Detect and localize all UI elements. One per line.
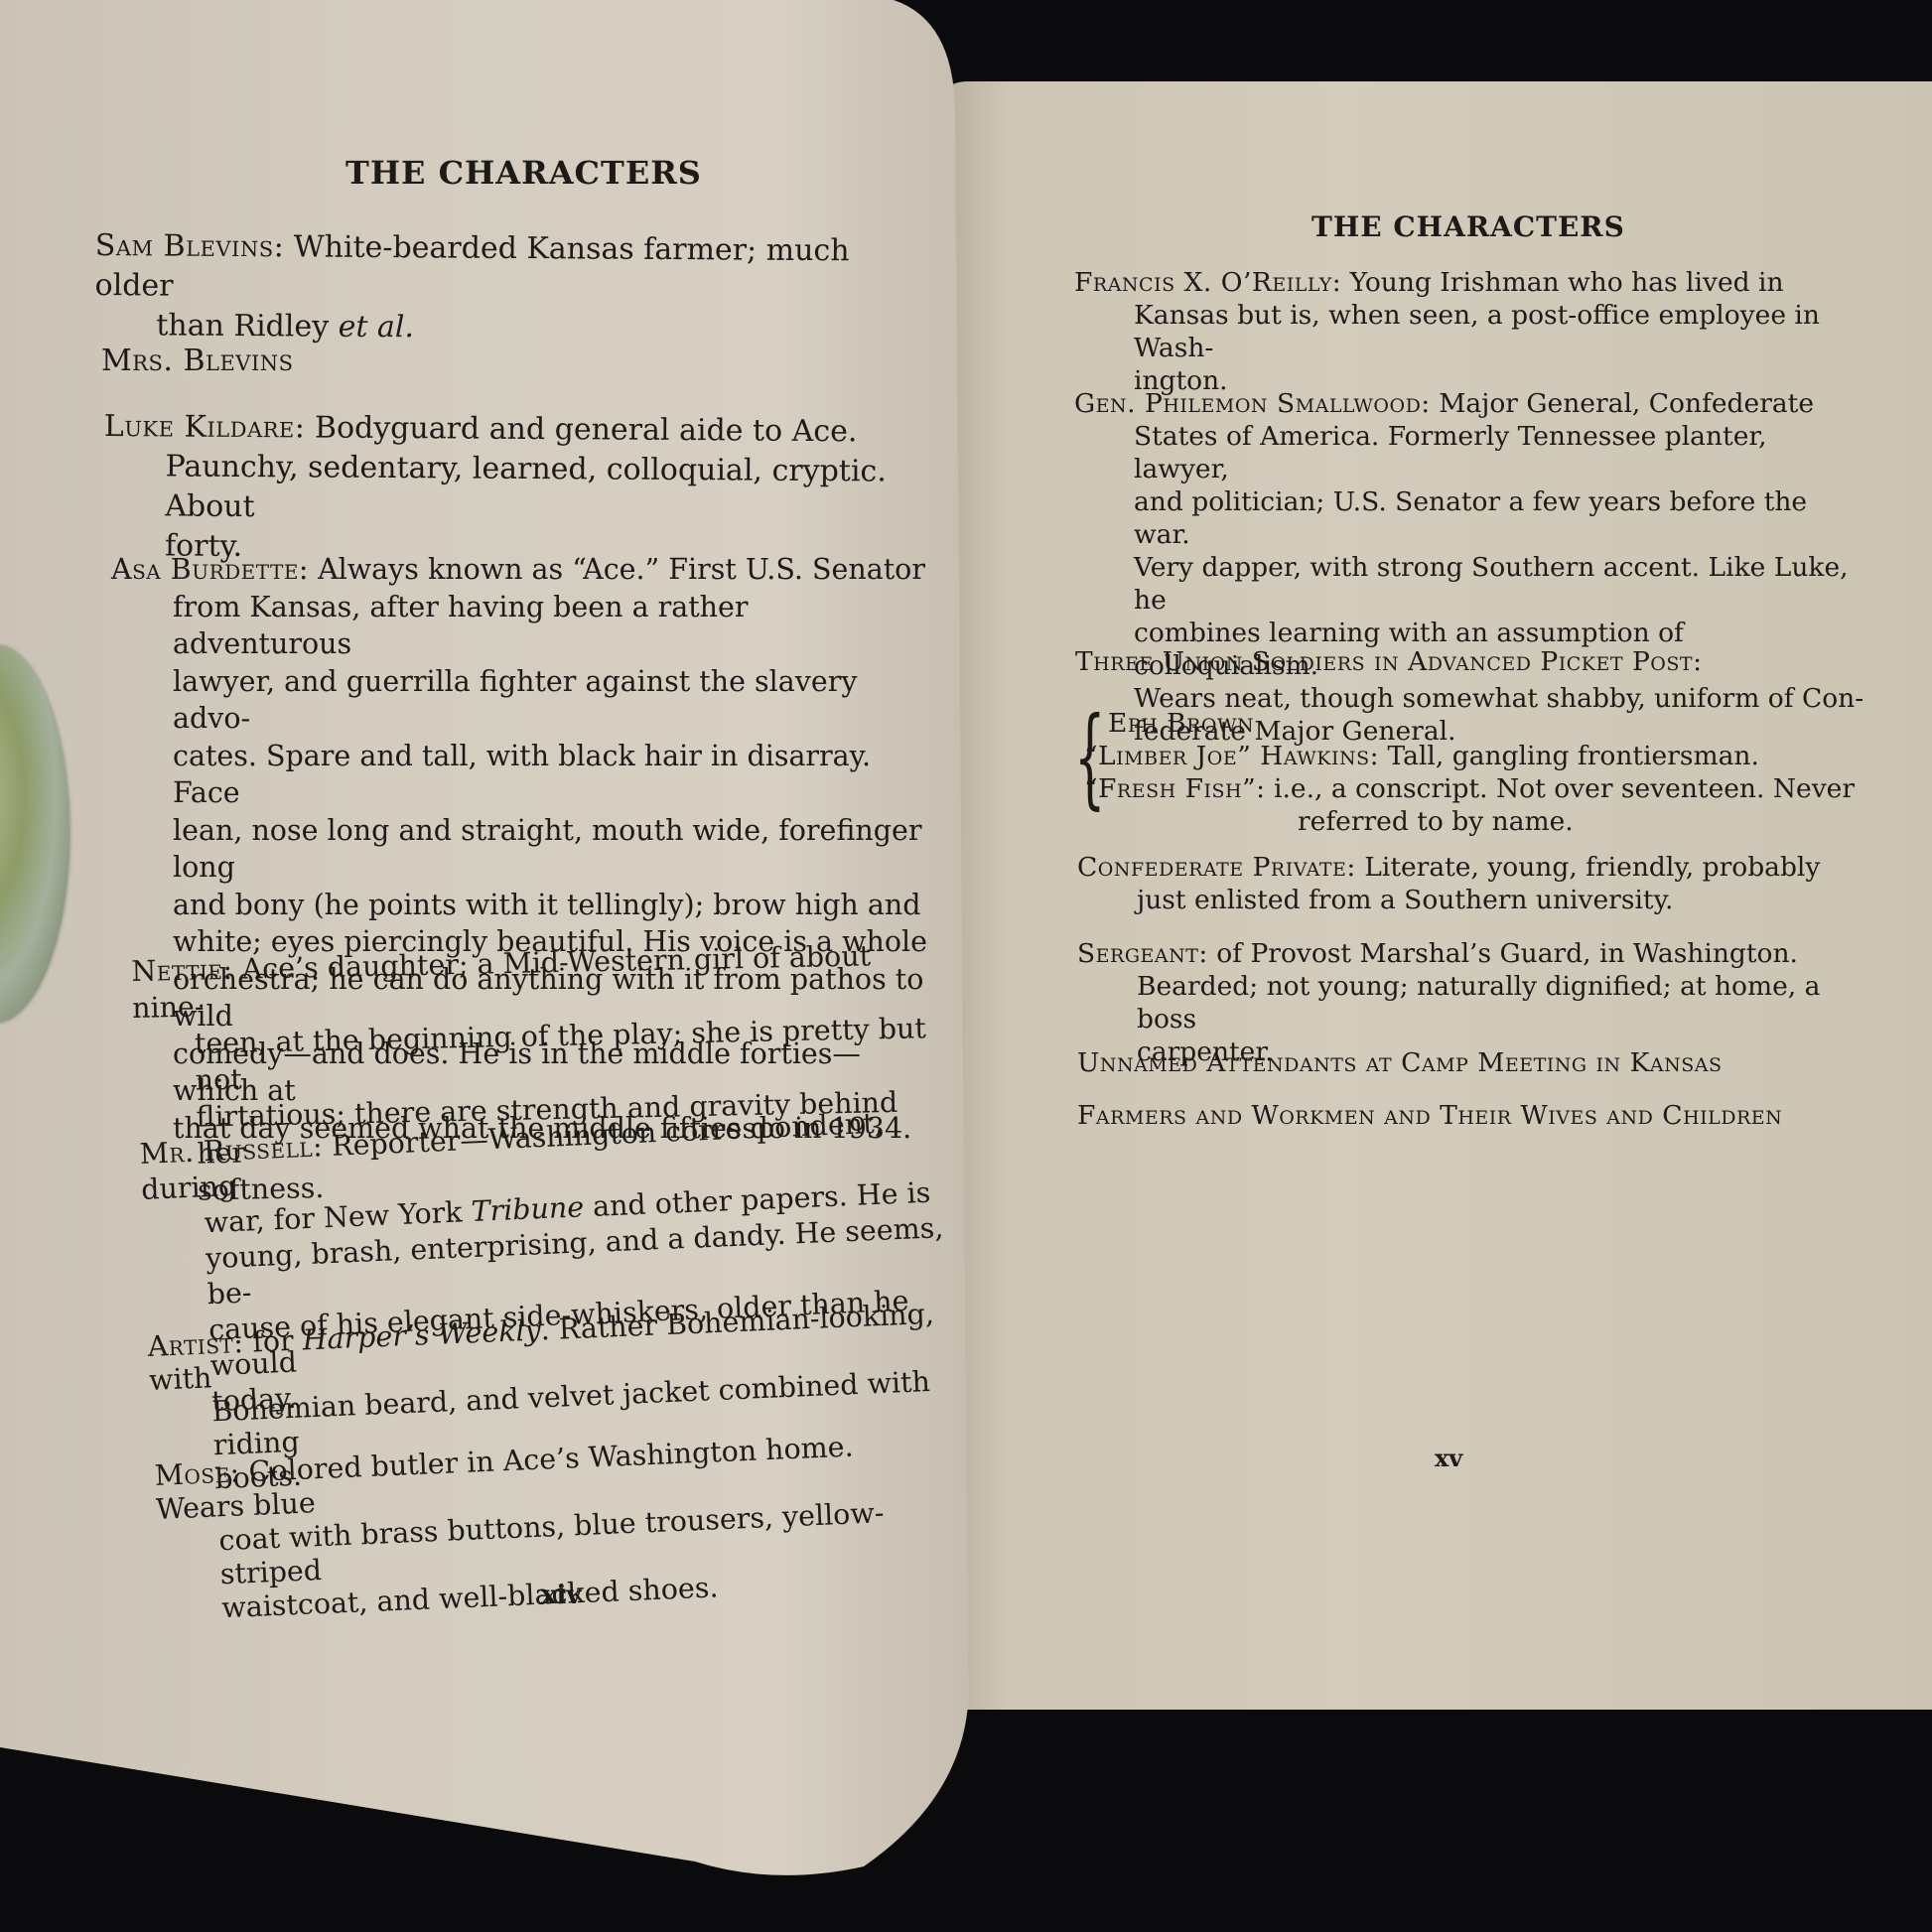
page-number: xiv [541, 1581, 582, 1610]
character-desc: Paunchy, sedentary, learned, colloquial,… [103, 447, 928, 532]
character-name: Sam Blevins: [95, 228, 285, 264]
character-name: “Fresh Fish”: [1084, 773, 1266, 804]
character-desc: lawyer, and guerrilla fighter against th… [111, 663, 930, 738]
character-entry-oreilly: Francis X. O’Reilly: Young Irishman who … [1074, 266, 1868, 397]
character-name: Eph Brown [1108, 708, 1254, 739]
character-desc: and bony (he points with it tellingly); … [111, 887, 930, 924]
character-desc: of Provost Marshal’s Guard, in Washingto… [1216, 938, 1798, 969]
green-stone-object [0, 645, 69, 1023]
character-name: Gen. Philemon Smallwood: [1074, 388, 1431, 419]
character-name: Confederate Private: [1077, 852, 1356, 883]
page-number: xv [1435, 1444, 1462, 1472]
character-desc: referred to by name. [1084, 805, 1878, 838]
character-entry-confederate-private: Confederate Private: Literate, young, fr… [1077, 851, 1871, 916]
character-name: Mrs. Blevins [101, 344, 294, 378]
right-page: THE CHARACTERS Francis X. O’Reilly: Youn… [948, 81, 1932, 1710]
character-name: Francis X. O’Reilly: [1074, 267, 1341, 298]
character-desc: from Kansas, after having been a rather … [111, 589, 930, 663]
character-entry-mrs-blevins: Mrs. Blevins [101, 343, 935, 379]
character-name: Artist: [147, 1326, 244, 1363]
left-page: THE CHARACTERS Sam Blevins: White-bearde… [0, 0, 978, 1876]
blue-cloth-corner [0, 1817, 69, 1876]
character-entry-union-soldiers: Three Union Soldiers in Advanced Picket … [1075, 645, 1869, 678]
character-desc: Major General, Confederate [1439, 388, 1814, 419]
character-entry-farmers: Farmers and Workmen and Their Wives and … [1077, 1099, 1871, 1132]
character-desc: Young Irishman who has lived in [1350, 267, 1784, 298]
character-name: Sergeant: [1077, 938, 1208, 969]
character-entry-sam-blevins: Sam Blevins: White-bearded Kansas farmer… [94, 226, 929, 351]
character-entry-smallwood: Gen. Philemon Smallwood: Major General, … [1074, 387, 1868, 748]
character-name: Luke Kildare: [104, 409, 306, 445]
page-title: THE CHARACTERS [345, 154, 702, 192]
character-name: Mose: [154, 1455, 240, 1492]
character-name: “Limber Joe” Hawkins: [1084, 741, 1379, 771]
character-desc: Always known as “Ace.” First U.S. Senato… [318, 553, 925, 586]
character-name: Three Union Soldiers in Advanced Picket … [1075, 646, 1703, 677]
character-desc: States of America. Formerly Tennessee pl… [1074, 420, 1868, 485]
character-desc: Bodyguard and general aide to Ace. [315, 410, 858, 449]
character-name: Farmers and Workmen and Their Wives and … [1077, 1100, 1782, 1131]
character-desc: Very dapper, with strong Southern accent… [1074, 551, 1868, 617]
character-name: Nettie: [131, 953, 233, 988]
character-entry-luke-kildare: Luke Kildare: Bodyguard and general aide… [103, 407, 928, 572]
character-desc: i.e., a conscript. Not over seventeen. N… [1274, 773, 1855, 804]
character-group-soldiers: Eph Brown “Limber Joe” Hawkins: Tall, ga… [1084, 707, 1878, 838]
character-desc: just enlisted from a Southern university… [1077, 884, 1871, 916]
character-name: Asa Burdette: [111, 553, 309, 586]
character-name: Mr. Russell: [139, 1130, 324, 1171]
character-entry-attendants: Unnamed Attendants at Camp Meeting in Ka… [1077, 1046, 1871, 1079]
character-name: Unnamed Attendants at Camp Meeting in Ka… [1077, 1047, 1722, 1078]
character-desc: Ace’s daughter; a Mid-Western girl of ab… [132, 939, 872, 1025]
character-desc: Literate, young, friendly, probably [1364, 852, 1820, 883]
character-desc: than Ridley [156, 308, 339, 344]
character-desc: and politician; U.S. Senator a few years… [1074, 485, 1868, 551]
italic-text: et al. [339, 310, 415, 345]
page-title: THE CHARACTERS [1311, 210, 1625, 243]
character-desc: Kansas but is, when seen, a post-office … [1074, 299, 1868, 364]
character-desc: lean, nose long and straight, mouth wide… [111, 812, 930, 887]
character-desc: Bearded; not young; naturally dignified;… [1077, 970, 1871, 1035]
italic-text: Tribune [471, 1190, 585, 1228]
character-desc: for [243, 1323, 304, 1358]
character-desc: cates. Spare and tall, with black hair i… [111, 738, 930, 812]
character-desc: Tall, gangling frontiersman. [1388, 741, 1759, 771]
